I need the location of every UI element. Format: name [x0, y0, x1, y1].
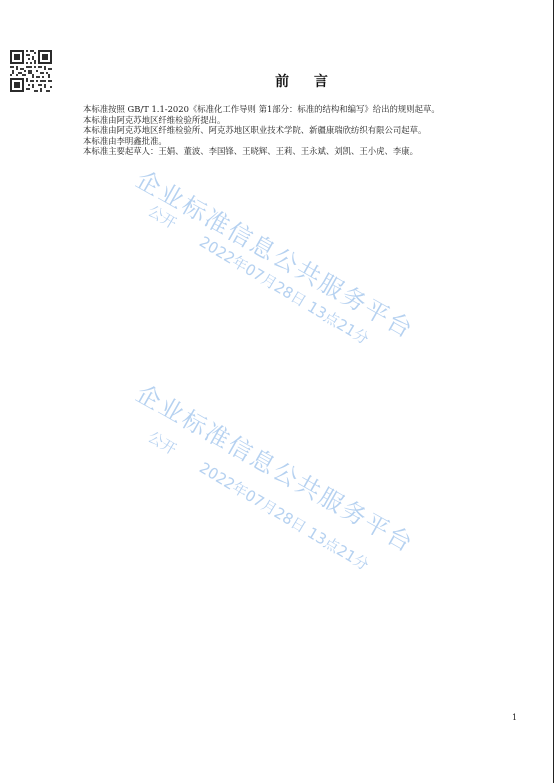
watermark-status: 公开	[145, 428, 180, 459]
watermark-datetime: 2022年07月28日 13点21分	[196, 459, 372, 574]
watermark-publish-info: 公开2022年07月28日 13点21分	[144, 200, 373, 349]
watermark-publish-info: 公开2022年07月28日 13点21分	[144, 426, 373, 575]
watermark-datetime: 2022年07月28日 13点21分	[196, 233, 372, 348]
paragraph-drafting-rules: 本标准按照 GB/T 1.1-2020《标准化工作导则 第1部分：标准的结构和编…	[83, 104, 483, 115]
paragraph-main-drafters: 本标准主要起草人：王娟、董波、李国锋、王晓辉、王莉、王永斌、刘凯、王小虎、李康。	[83, 146, 483, 157]
paragraph-proposed-by: 本标准由阿克苏地区纤维检验所提出。	[83, 115, 483, 126]
paragraph-drafted-by: 本标准由阿克苏地区纤维检验所、阿克苏地区职业技术学院、新疆康瑞欣纺织有限公司起草…	[83, 125, 483, 136]
page-title: 前 言	[0, 71, 553, 91]
watermark-platform-text: 企业标准信息公共服务平台	[131, 374, 422, 559]
watermark-status: 公开	[145, 202, 180, 233]
page-number: 1	[512, 713, 517, 722]
watermark-platform-text: 企业标准信息公共服务平台	[131, 160, 422, 345]
paragraph-approved-by: 本标准由李明鑫批准。	[83, 136, 483, 147]
document-page: 前 言 本标准按照 GB/T 1.1-2020《标准化工作导则 第1部分：标准的…	[0, 0, 554, 783]
foreword-body: 本标准按照 GB/T 1.1-2020《标准化工作导则 第1部分：标准的结构和编…	[83, 104, 483, 157]
